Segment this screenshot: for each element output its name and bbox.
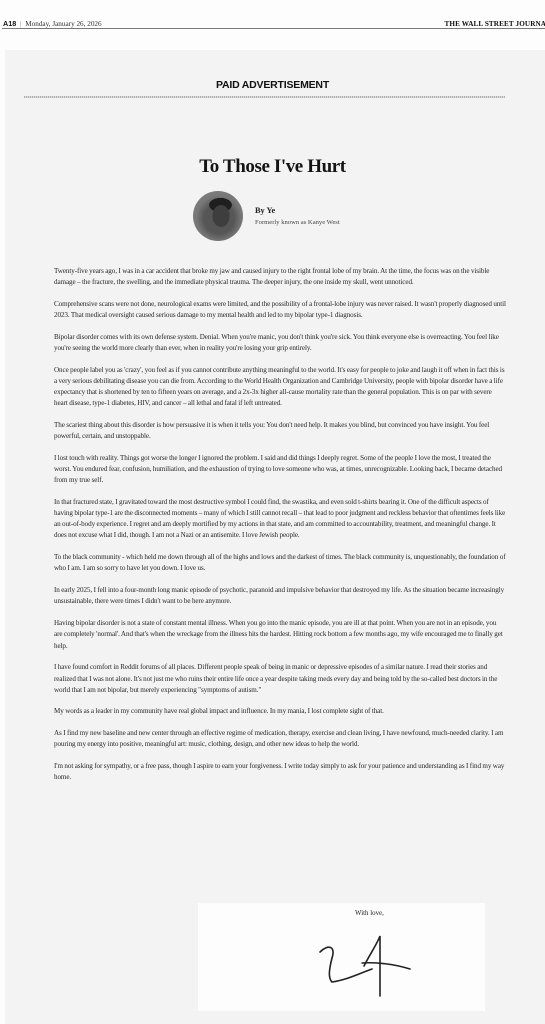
paragraph: Having bipolar disorder is not a state o…	[54, 618, 506, 651]
paragraph: Bipolar disorder comes with its own defe…	[54, 332, 506, 354]
publication-date: Monday, January 26, 2026	[25, 20, 101, 28]
paragraph: I lost touch with reality. Things got wo…	[54, 453, 506, 486]
letter-body: Twenty-five years ago, I was in a car ac…	[54, 266, 506, 794]
closing-line: With love,	[355, 910, 384, 917]
paragraph: I have found comfort in Reddit forums of…	[54, 662, 506, 695]
page-number: A18	[3, 19, 16, 28]
masthead-left: A18 | Monday, January 26, 2026	[2, 19, 102, 28]
paragraph: Comprehensive scans were not done, neuro…	[54, 299, 506, 321]
byline: By Ye Formerly known as Kanye West	[193, 191, 340, 241]
dotted-divider	[24, 96, 505, 98]
paragraph: Twenty-five years ago, I was in a car ac…	[54, 266, 506, 288]
author-name: By Ye	[255, 206, 340, 215]
paragraph: To the black community - which held me d…	[54, 552, 506, 574]
author-subtitle: Formerly known as Kanye West	[255, 219, 340, 226]
masthead-separator: |	[20, 20, 21, 28]
paragraph: In that fractured state, I gravitated to…	[54, 497, 506, 541]
paid-advertisement-label: PAID ADVERTISEMENT	[0, 79, 545, 91]
author-avatar-icon	[193, 191, 243, 241]
paragraph: Once people label you as 'crazy', you fe…	[54, 365, 506, 409]
paragraph: In early 2025, I fell into a four-month …	[54, 585, 506, 607]
paragraph: I'm not asking for sympathy, or a free p…	[54, 761, 506, 783]
letter-title: To Those I've Hurt	[0, 156, 545, 178]
paragraph: The scariest thing about this disorder i…	[54, 420, 506, 442]
signature-icon	[318, 932, 418, 1002]
paragraph: As I find my new baseline and new center…	[54, 728, 506, 750]
paragraph: My words as a leader in my community hav…	[54, 706, 506, 717]
byline-text: By Ye Formerly known as Kanye West	[255, 206, 340, 226]
newspaper-masthead: A18 | Monday, January 26, 2026 THE WALL …	[2, 14, 545, 29]
publication-name: THE WALL STREET JOURNAL	[445, 20, 545, 28]
